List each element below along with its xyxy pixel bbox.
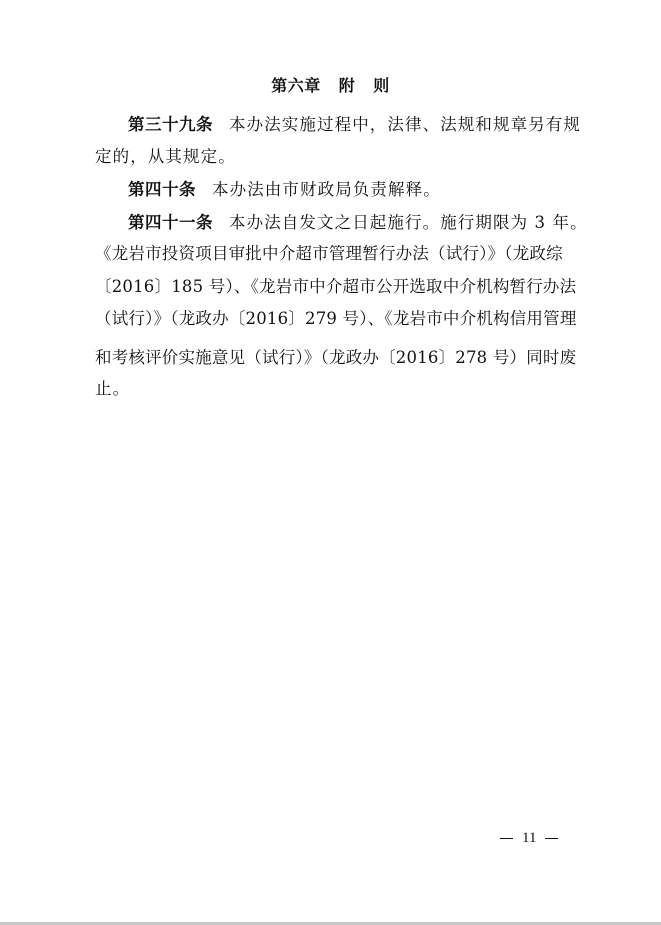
article-40-text: 本办法由市财政局负责解释。 [212,180,441,199]
document-page: 第六章附则 第三十九条本办法实施过程中，法律、法规和规章另有规 定的，从其规定。… [0,0,661,922]
article-41-line-4: （试行）》（龙政办〔2016〕279 号）、《龙岩市中介机构信用管理 [95,308,585,330]
article-39-line-1: 第三十九条本办法实施过程中，法律、法规和规章另有规 [128,114,586,136]
page-number-dash-right [545,838,558,839]
article-41-label: 第四十一条 [128,213,213,232]
article-40-label: 第四十条 [128,180,196,199]
article-39-line-2: 定的，从其规定。 [95,146,585,168]
chapter-name-char-2: 则 [373,76,390,95]
article-41-line-2: 《龙岩市投资项目审批中介超市管理暂行办法（试行）》（龙政综 [95,243,585,265]
article-39-text: 本办法实施过程中，法律、法规和规章另有规 [229,115,581,134]
chapter-number: 第六章 [271,76,321,95]
article-39-label: 第三十九条 [128,115,213,134]
chapter-title: 第六章附则 [0,73,661,96]
page-number-value: 11 [522,830,536,846]
article-41-line-6: 止。 [95,378,585,400]
article-41-text: 本办法自发文之日起施行。施行期限为 3 年。 [229,213,588,232]
page-number-dash-left [500,838,513,839]
page-number: 11 [491,828,555,848]
article-40-line-1: 第四十条本办法由市财政局负责解释。 [128,179,586,201]
article-41-line-3: 〔2016〕185 号）、《龙岩市中介超市公开选取中介机构暂行办法 [95,276,585,298]
chapter-name-char-1: 附 [339,76,356,95]
article-41-line-5: 和考核评价实施意见（试行）》（龙政办〔2016〕278 号）同时废 [95,347,585,369]
article-41-line-1: 第四十一条本办法自发文之日起施行。施行期限为 3 年。 [128,212,586,234]
